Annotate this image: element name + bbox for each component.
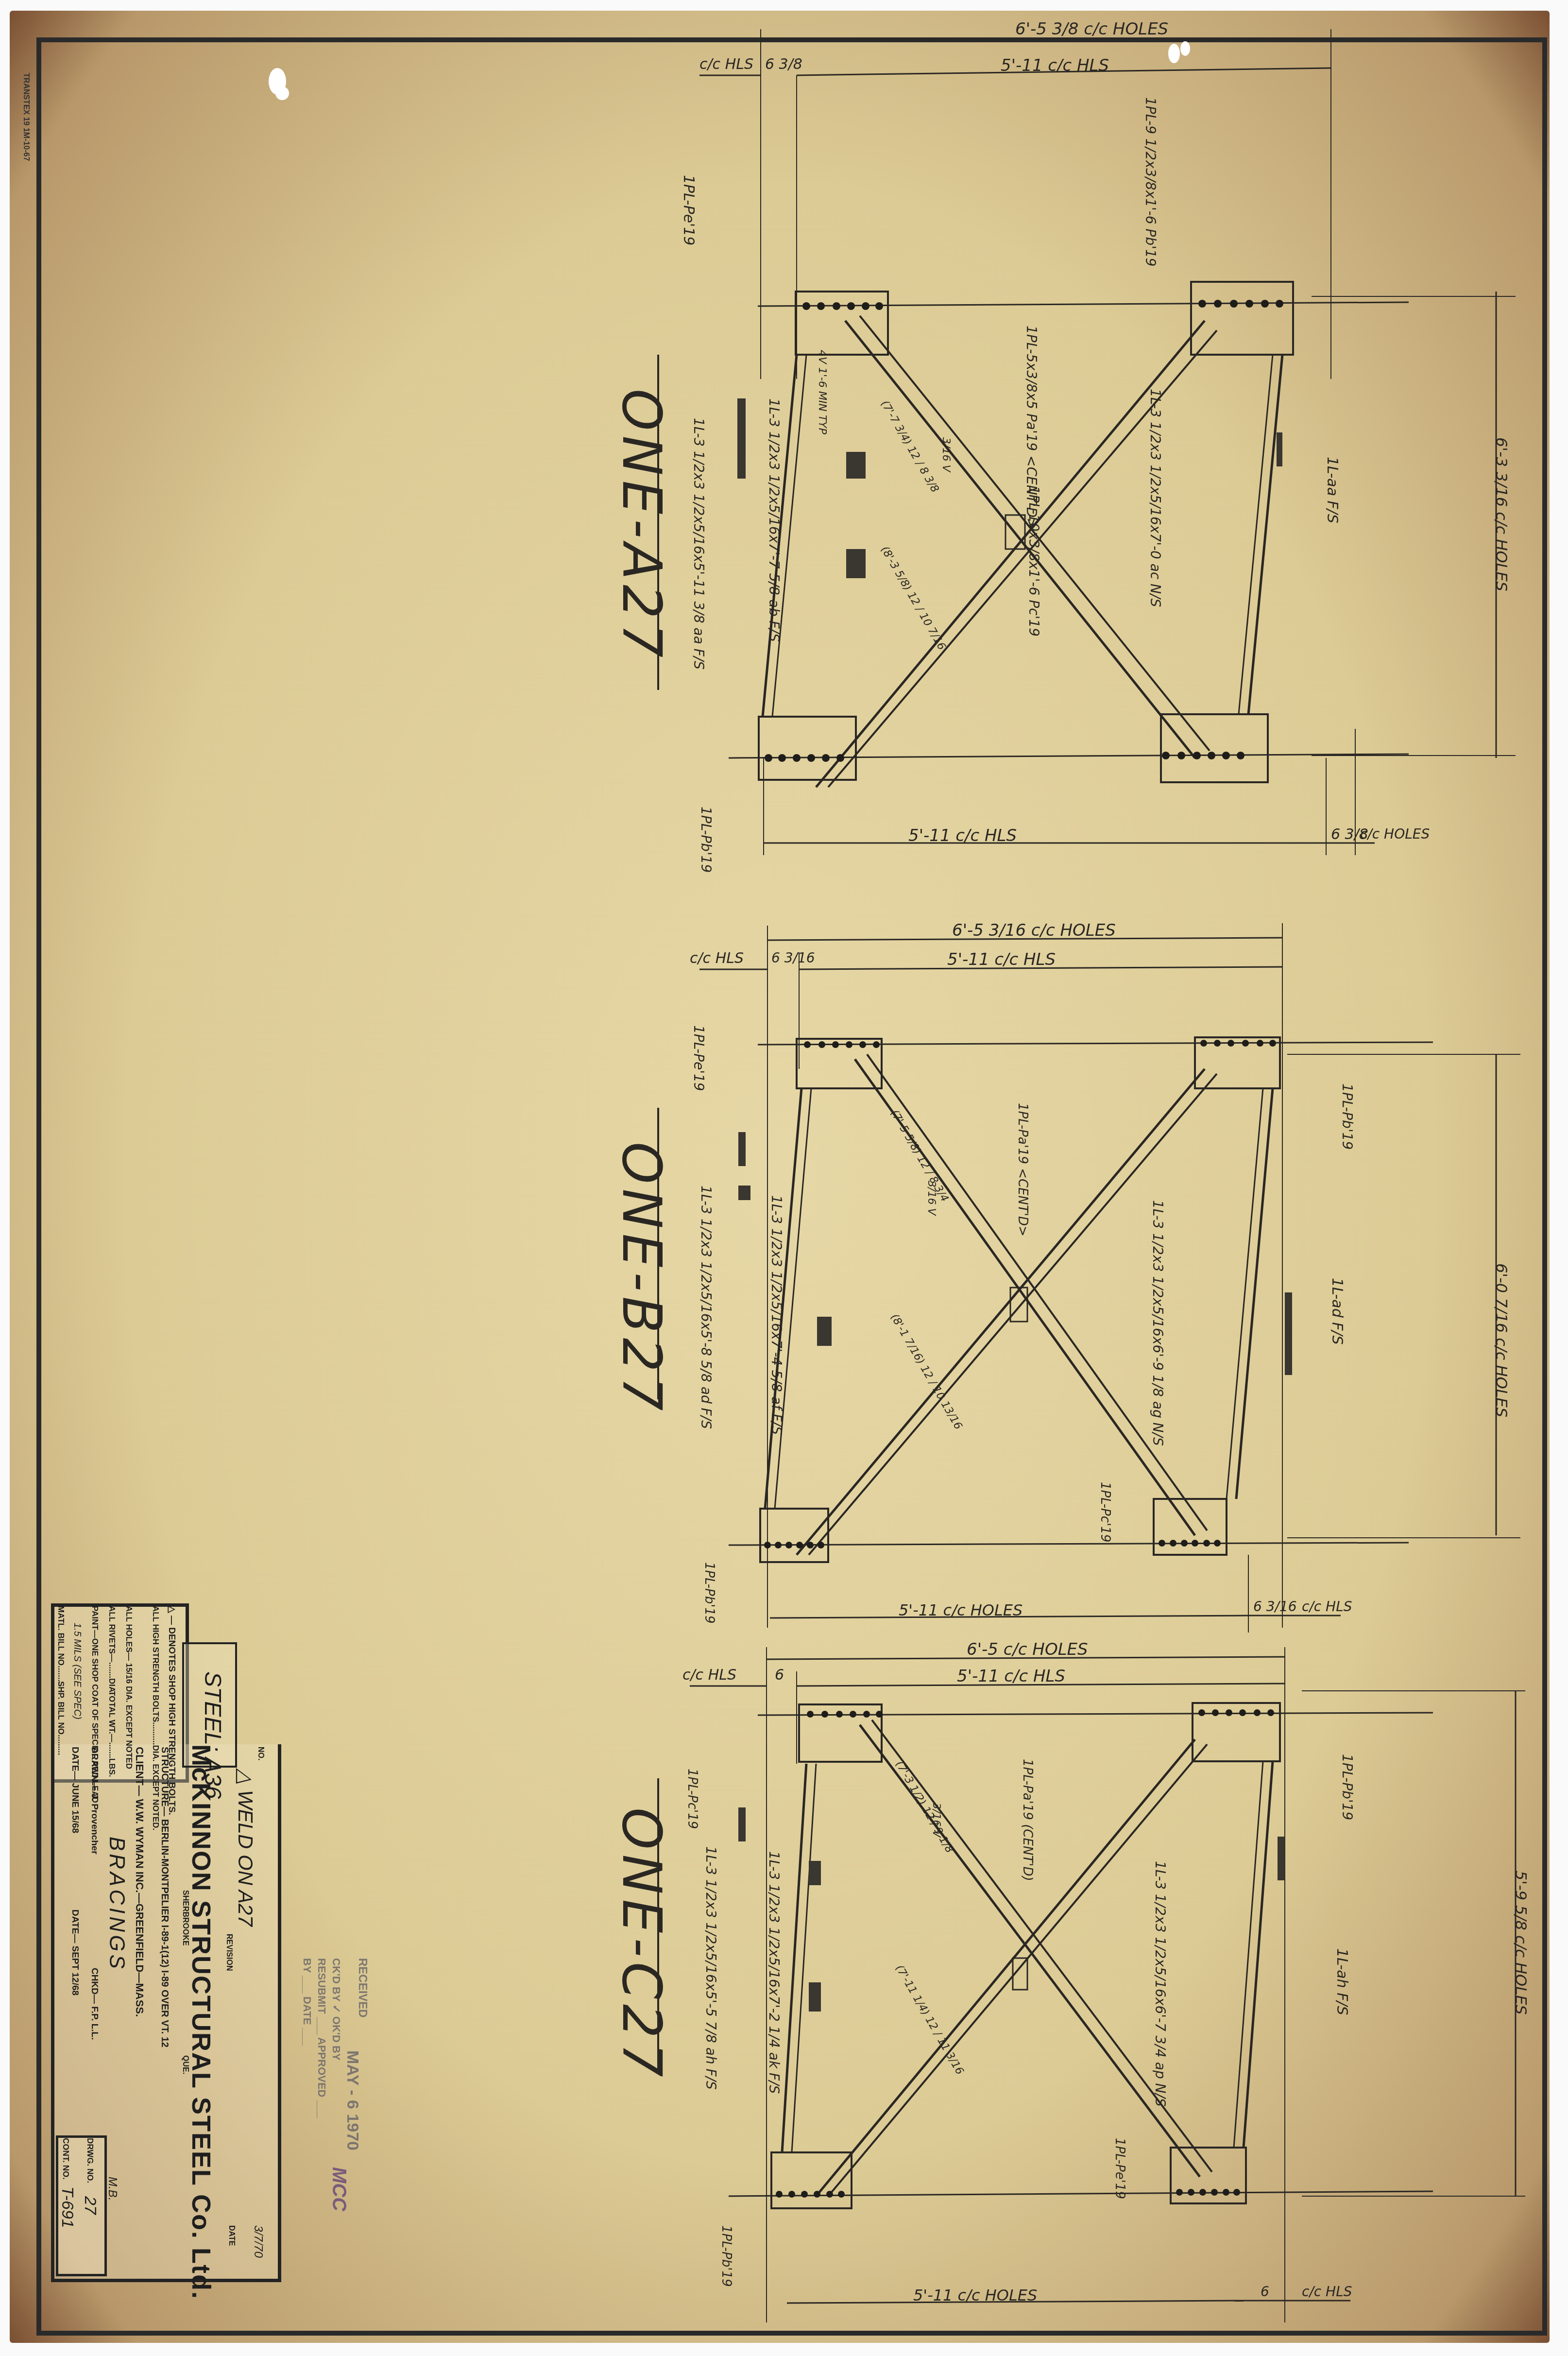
date-checked: DATE— SEPT 12/68 xyxy=(69,1909,80,1995)
stamp-checked: CK'D BY ✓ OK'D BY xyxy=(330,1958,342,2061)
plate-label: 1PL-Pb'19 xyxy=(1339,1754,1355,1820)
drawing-number: 27 xyxy=(81,2196,100,2215)
drawing-title: BRACINGS xyxy=(104,1837,129,1972)
dim-overall-top-b: 6'-5 3/16 c/c HOLES xyxy=(952,921,1116,940)
dim-top-offset-b: 6 3/16 xyxy=(771,950,815,966)
stamp-received: RECEIVED xyxy=(356,1958,369,2018)
member-label: 1L-3 1/2x3 1/2x5/16x7'-0 ac N/S xyxy=(1147,389,1163,607)
dim-overall-top-a: 6'-5 3/8 c/c HOLES xyxy=(1015,19,1168,39)
dim-top-left-note-b: c/c HLS xyxy=(690,950,744,967)
plate-label: 1PL-9 1/2x3/8x1'-6 Pb'19 xyxy=(1142,97,1159,267)
revision-date: 3/7/70 xyxy=(251,2225,265,2258)
member-label: 1L-aa F/S xyxy=(1324,457,1341,523)
plate-label: 1PL-Pa'19 <CENT'D> xyxy=(1015,1103,1030,1237)
plate-label: 1PL-Pb'19 xyxy=(719,2225,733,2287)
stamp-by-date: BY ___ DATE ___ xyxy=(301,1958,313,2046)
plate-label: 1PL-Pa'19 (CENT'D) xyxy=(1020,1759,1035,1881)
plate-label: 1PL-Pc'19 xyxy=(1098,1482,1112,1542)
dim-top-offset-a: 6 3/8 xyxy=(765,56,802,73)
client-field: CLIENT— W.W. WYMAN INC.—GREENFIELD—MASS. xyxy=(133,1747,146,2017)
plate-label: 1PL-Pc'19 xyxy=(685,1769,699,1829)
plate-label: 1PL-Pe'19 xyxy=(691,1025,707,1091)
assembly-title-b: ONE-B27 xyxy=(611,1142,673,1416)
stamp-date: MAY - 6 1970 xyxy=(343,2050,362,2150)
member-label: 1L-3 1/2x3 1/2x5/16x5'-5 7/8 ah F/S xyxy=(703,1846,719,2090)
company-city: SHERBROOKE xyxy=(181,1890,189,1946)
dim-side-c: 5'-9 5/8 c/c HOLES xyxy=(1512,1871,1530,2015)
drawn-by: DRAWN— J. Provencher xyxy=(89,1747,100,1855)
drawing-title-mark: M.B. xyxy=(105,2177,119,2201)
weld-note: 3/16 V xyxy=(940,437,952,472)
company-province: QUE. xyxy=(181,2055,189,2074)
stamp-resubmit: RESUBMIT ___ APPROVED ___ xyxy=(315,1958,328,2118)
dim-bottom-note-a: c/c HOLES xyxy=(1360,826,1430,842)
dim-bottom-offset-c: 6 xyxy=(1261,2284,1269,2300)
contract-number: T-691 xyxy=(58,2186,77,2228)
dim-bottom-note-c: c/c HLS xyxy=(1302,2284,1352,2300)
dim-top-inner-a: 5'-11 c/c HLS xyxy=(1001,56,1109,75)
plate-label: 1PL-5x3/8x5 Pa'19 <CENT'D> xyxy=(1023,326,1040,529)
drawing-number-label: DRWG. NO. xyxy=(85,2138,95,2183)
stamp-signature: MCC xyxy=(328,2167,350,2211)
member-label: 1L-ad F/S xyxy=(1329,1278,1346,1345)
member-label: 1L-3 1/2x3 1/2x5/16x7'-2 1/4 ak F/S xyxy=(766,1851,782,2094)
revision-label: REVISION xyxy=(224,1934,233,1971)
holes-note: ALL HOLES— 15/16 DIA. EXCEPT NOTED xyxy=(124,1606,134,1769)
revision-entry: △ WELD ON A27 xyxy=(234,1769,257,1926)
plate-label: 1PL-Pb'19 xyxy=(702,1562,716,1623)
dim-bottom-note-b: c/c HLS xyxy=(1302,1599,1352,1615)
dim-side-a: 6'-3 3/16 c/c HOLES xyxy=(1492,437,1511,591)
dim-side-b: 6'-0 7/16 c/c HOLES xyxy=(1492,1263,1511,1417)
dim-top-offset-c: 6 xyxy=(775,1667,784,1684)
paint-note-2: 1.5 MILS (SEE SPEC) xyxy=(71,1623,83,1720)
member-label: 1L-3 1/2x3 1/2x5/16x5'-8 5/8 ad F/S xyxy=(698,1186,714,1429)
dim-top-left-note-a: c/c HLS xyxy=(699,56,753,73)
total-weight: TOTAL WT.—.......LBS. xyxy=(107,1691,117,1777)
weld-note: 3/16 V xyxy=(930,1803,942,1837)
weld-note: 3/16 V xyxy=(925,1181,937,1215)
member-label: 1L-3 1/2x3 1/2x5/16x7'-4 5/8 af F/S xyxy=(768,1195,784,1435)
weld-note: 4V 1'-6 MIN TYP xyxy=(816,350,828,434)
dim-bottom-offset-b: 6 3/16 xyxy=(1253,1599,1297,1615)
dim-top-inner-c: 5'-11 c/c HLS xyxy=(957,1667,1065,1686)
date-drawn: DATE— JUNE 15/68 xyxy=(69,1747,80,1833)
rivets-note: ALL RIVETS—.......DIA. xyxy=(107,1606,117,1695)
dim-bottom-inner-c: 5'-11 c/c HOLES xyxy=(913,2286,1037,2304)
dim-top-inner-b: 5'-11 c/c HLS xyxy=(947,950,1056,969)
revision-no-label: NO. xyxy=(256,1747,265,1760)
date-label: DATE xyxy=(227,2225,236,2246)
member-label: 1L-3 1/2x3 1/2x5/16x7'-7 5/8 ab F/S xyxy=(766,398,782,642)
dim-overall-top-c: 6'-5 c/c HOLES xyxy=(967,1640,1088,1659)
plate-label: 1PL-Pb'19 xyxy=(698,807,714,873)
assembly-title-a: ONE-A27 xyxy=(611,389,673,662)
plate-label: 1PL-Pe'19 xyxy=(680,175,697,245)
assembly-title-c: ONE-C27 xyxy=(611,1807,673,2082)
plate-label: 1PL-Pb'19 xyxy=(1339,1083,1355,1150)
ship-bill: SHP. BILL NO......... xyxy=(56,1681,66,1755)
plate-label: 1PL-Pe'19 xyxy=(1112,2138,1127,2199)
member-label: 1L-3 1/2x3 1/2x5/16x5'-11 3/8 aa F/S xyxy=(691,418,707,670)
dim-top-left-note-c: c/c HLS xyxy=(682,1667,736,1684)
dim-bottom-inner-b: 5'-11 c/c HOLES xyxy=(899,1601,1023,1619)
member-label: 1L-ah F/S xyxy=(1333,1948,1350,2015)
member-label: 1L-3 1/2x3 1/2x5/16x6'-7 3/4 ap N/S xyxy=(1152,1861,1168,2107)
member-label: 1L-3 1/2x3 1/2x5/16x6'-9 1/8 ag N/S xyxy=(1150,1200,1166,1446)
checked-by: CHKD— F.P. L.L. xyxy=(89,1968,100,2040)
company-name: McKINNON STRUCTURAL STEEL Co. Ltd. xyxy=(186,1744,216,2300)
contract-number-label: CONT. NO. xyxy=(61,2138,70,2180)
dim-bottom-inner-a: 5'-11 c/c HLS xyxy=(908,826,1017,845)
structure-field: STRUCTURE— BERLIN-MONTPELIER I-89-1(12) … xyxy=(159,1747,170,2047)
matl-bill: MATL. BILL NO......... xyxy=(56,1606,66,1686)
